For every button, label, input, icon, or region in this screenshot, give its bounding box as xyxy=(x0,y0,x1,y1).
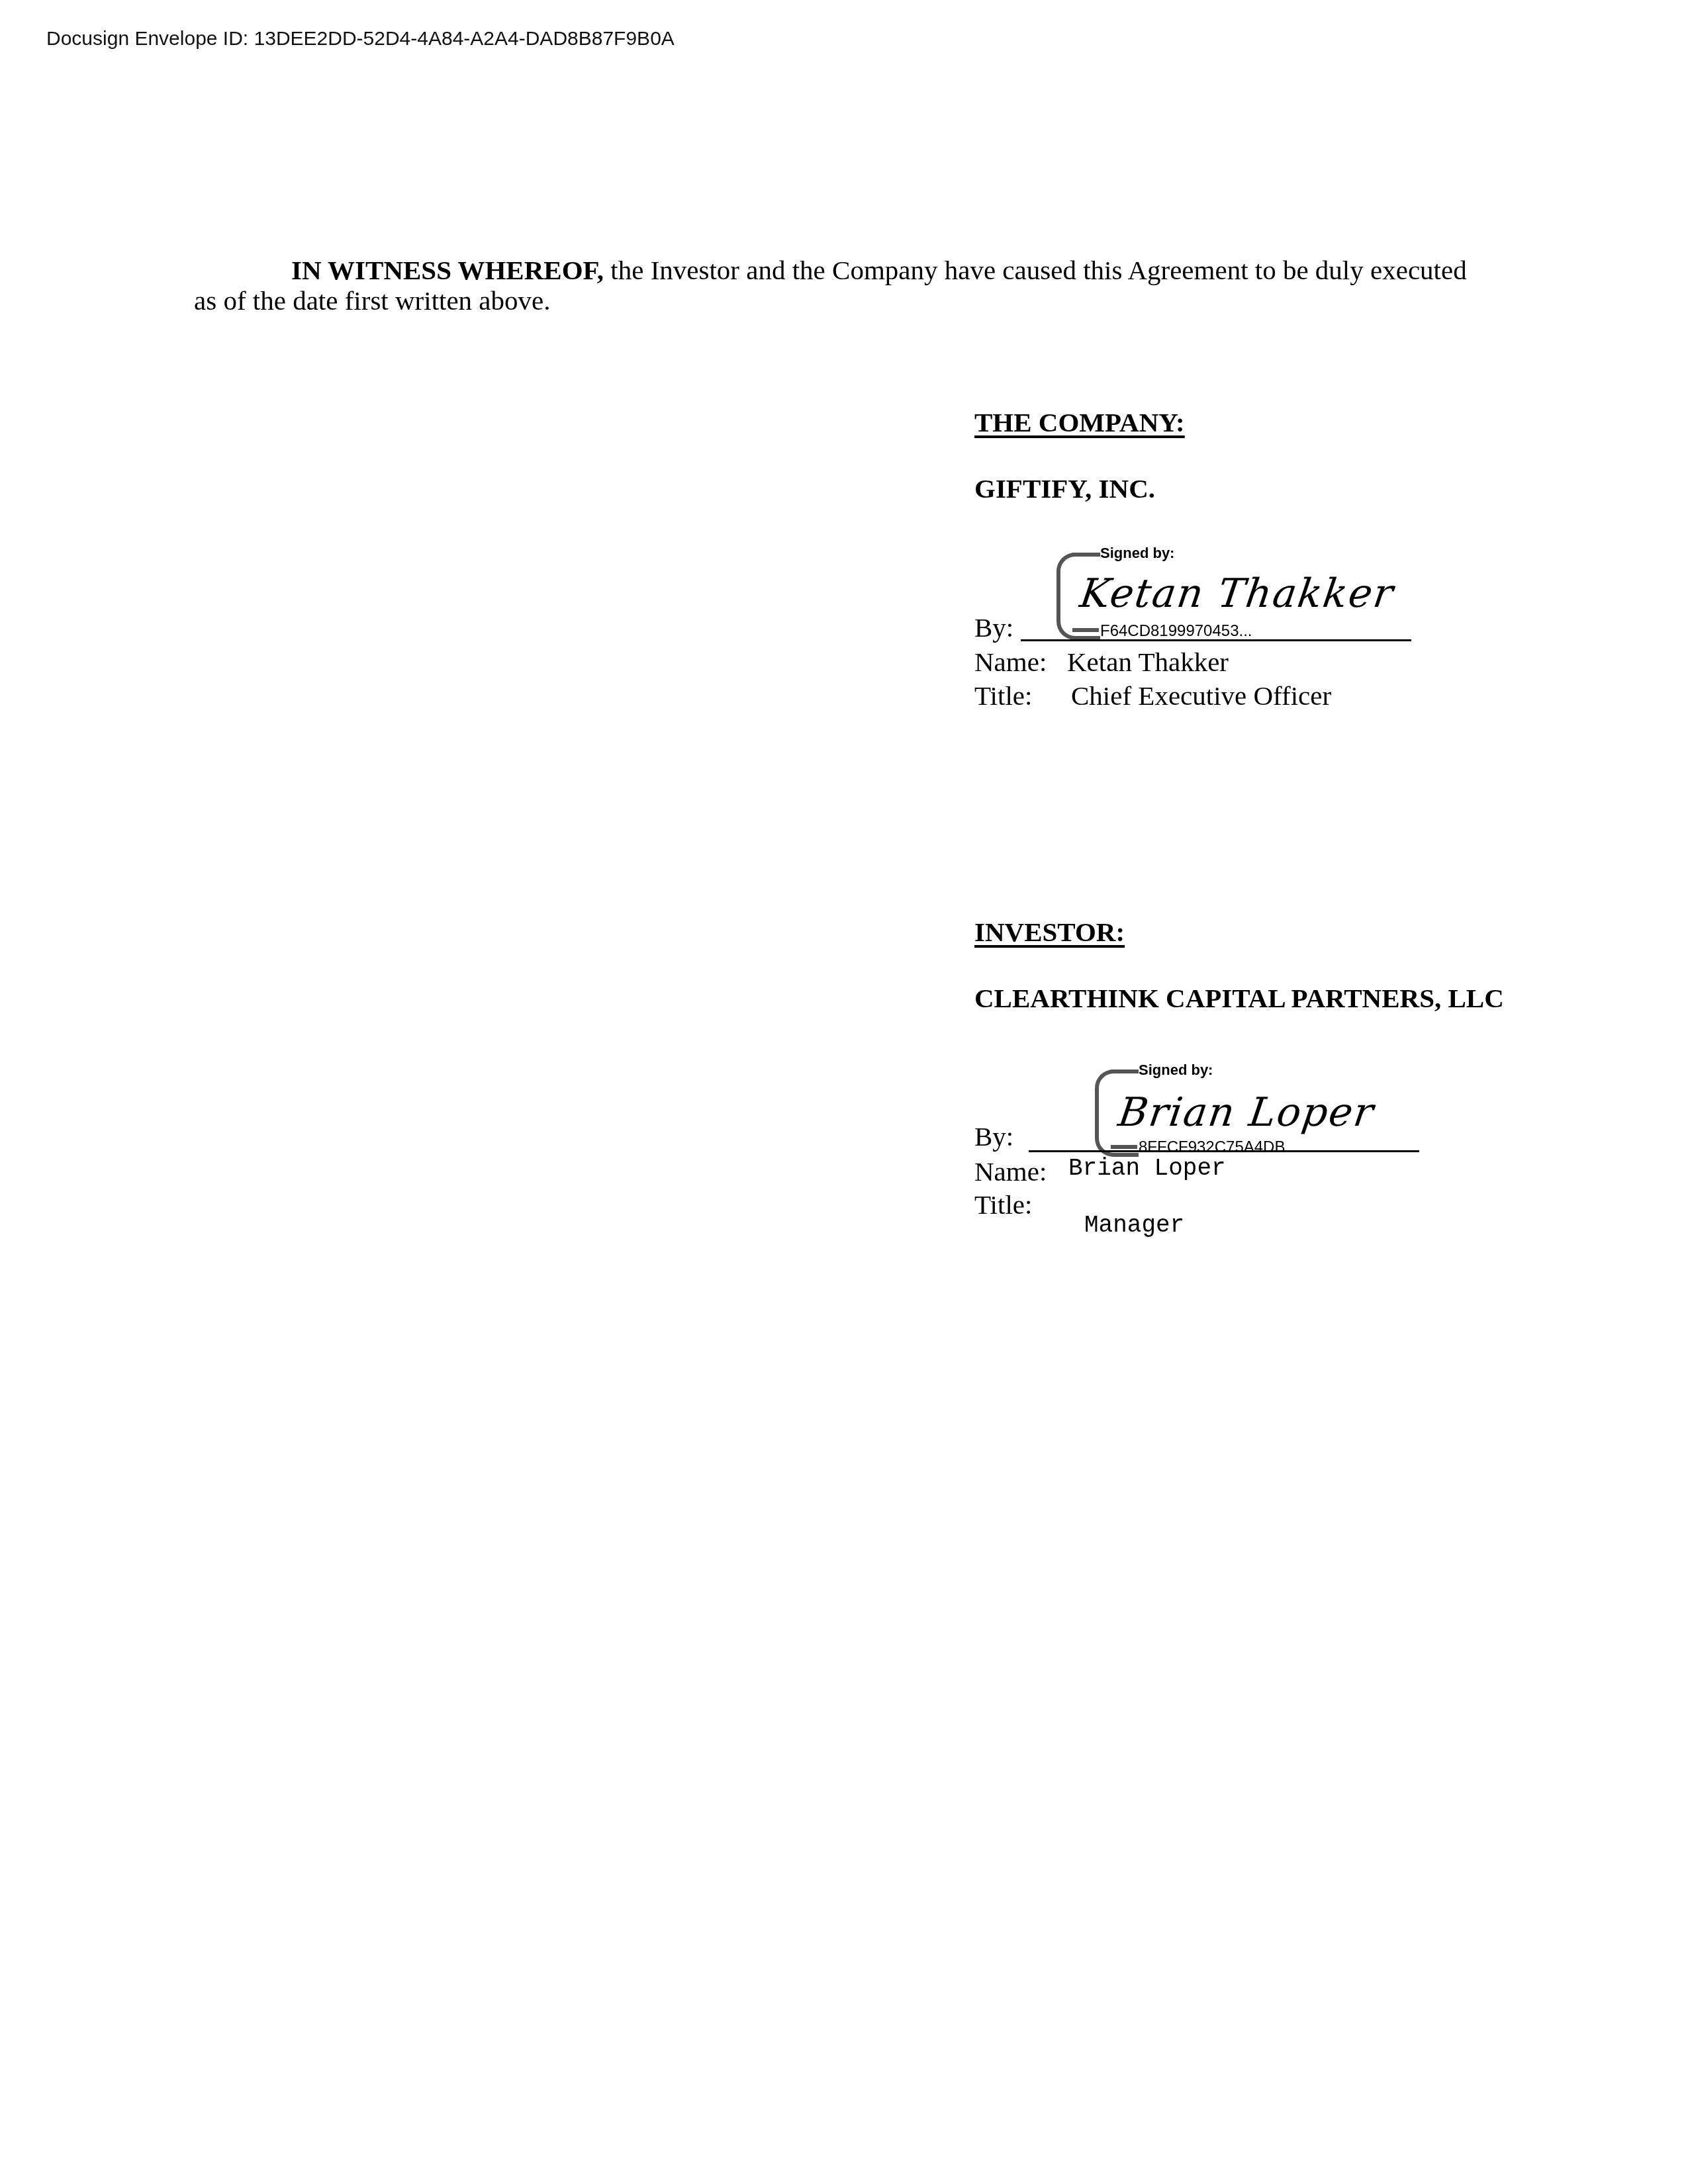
title-label: Title: xyxy=(974,1191,1032,1218)
investor-signature: Brian Loper xyxy=(1115,1089,1378,1136)
signature-id: 8FFCF932C75A4DB... xyxy=(1139,1138,1298,1157)
signed-by-label: Signed by: xyxy=(1100,545,1174,562)
by-label: By: xyxy=(974,614,1013,641)
title-value: Chief Executive Officer xyxy=(1071,682,1331,709)
company-heading: THE COMPANY: xyxy=(974,409,1185,436)
witness-line-1-rest: the Investor and the Company have caused… xyxy=(604,255,1467,285)
signature-line xyxy=(1029,1150,1419,1152)
company-signature: Ketan Thakker xyxy=(1077,570,1397,617)
title-value: Manager xyxy=(1084,1214,1184,1238)
docusign-envelope-id: Docusign Envelope ID: 13DEE2DD-52D4-4A84… xyxy=(46,28,675,50)
bracket-bottom xyxy=(1072,628,1099,632)
name-label: Name: xyxy=(974,1158,1047,1185)
bracket-top xyxy=(1111,1069,1137,1073)
company-entity: GIFTIFY, INC. xyxy=(974,475,1155,502)
witness-lead: IN WITNESS WHEREOF, xyxy=(291,255,604,285)
investor-heading: INVESTOR: xyxy=(974,919,1125,946)
by-label: By: xyxy=(974,1123,1013,1150)
signature-id: F64CD8199970453... xyxy=(1100,622,1252,641)
title-label: Title: xyxy=(974,682,1032,709)
bracket-top xyxy=(1072,553,1099,557)
witness-line-2: as of the date first written above. xyxy=(194,287,551,314)
signed-by-label: Signed by: xyxy=(1139,1062,1213,1079)
name-label: Name: xyxy=(974,649,1047,676)
signature-line xyxy=(1021,639,1411,641)
bracket-bottom xyxy=(1111,1145,1137,1149)
name-value: Brian Loper xyxy=(1068,1157,1226,1181)
investor-entity: CLEARTHINK CAPITAL PARTNERS, LLC xyxy=(974,985,1504,1012)
name-value: Ketan Thakker xyxy=(1067,649,1229,676)
witness-line-1: IN WITNESS WHEREOF, the Investor and the… xyxy=(291,257,1467,284)
